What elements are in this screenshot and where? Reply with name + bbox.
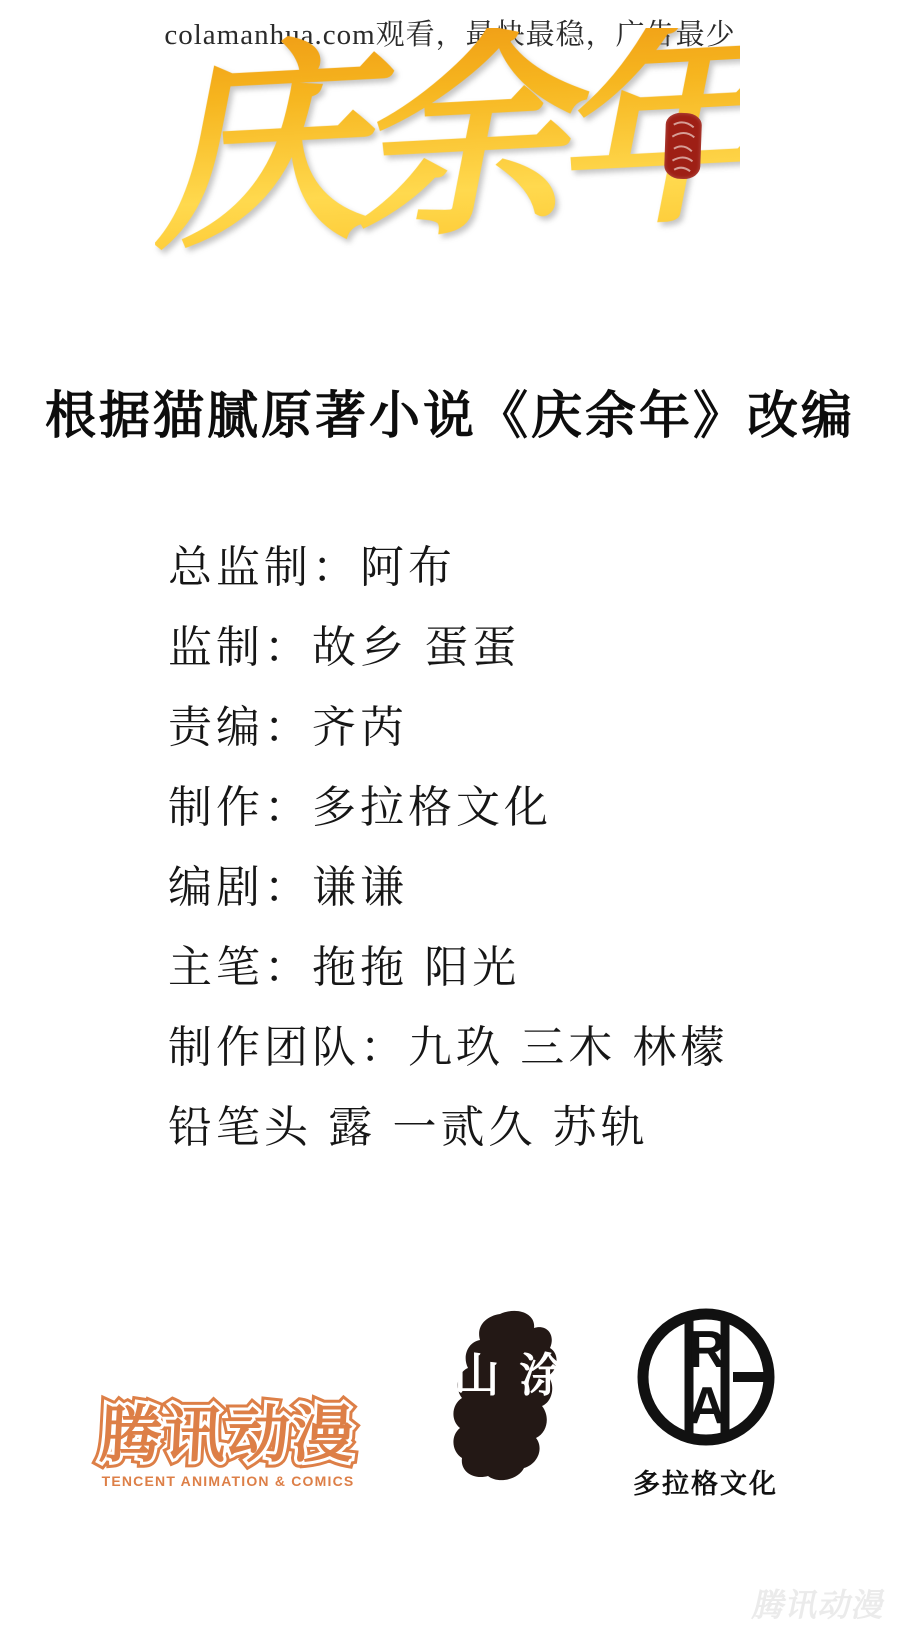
red-seal-stamp-icon [664, 112, 702, 179]
credit-chief-producer: 总监制：阿布 [168, 545, 728, 591]
comic-credits-page: colamanhua.com观看，最快最稳，广告最少 庆余年 根据猫腻原著小说《… [0, 0, 900, 1630]
credit-lead-artist: 主笔：拖拖 阳光 [168, 945, 728, 991]
drg-studio-logo: R A 多拉格文化 [628, 1305, 783, 1501]
tencent-logo-cn-icon: 腾讯动漫 腾讯动漫 腾讯动漫 [88, 1385, 368, 1471]
credit-team-continued: 铅笔头 露 一贰久 苏轨 [168, 1105, 728, 1151]
series-title-logo: 庆余年 [140, 28, 740, 313]
svg-text:R: R [688, 1321, 726, 1379]
credits-list: 总监制：阿布 监制：故乡 蛋蛋 责编：齐芮 制作：多拉格文化 编剧：谦谦 主笔：… [168, 545, 728, 1151]
credit-editor: 责编：齐芮 [168, 705, 728, 751]
tencent-logo-fill: 腾讯动漫 [86, 1385, 371, 1474]
tencent-watermark: 腾讯动漫 [749, 1580, 891, 1626]
svg-text:A: A [688, 1377, 726, 1435]
drg-logo-caption: 多拉格文化 [628, 1462, 783, 1501]
studio-logos: 腾讯动漫 腾讯动漫 腾讯动漫 TENCENT ANIMATION & COMIC… [0, 1290, 900, 1500]
drg-monogram-icon: R A [631, 1305, 781, 1453]
series-title-calligraphy: 庆余年 [144, 28, 740, 284]
credit-screenwriter: 编剧：谦谦 [168, 865, 728, 911]
credit-production: 制作：多拉格文化 [168, 785, 728, 831]
tushan-studio-logo: 涂山 [448, 1308, 563, 1483]
tushan-logo-text: 涂山 [440, 1350, 572, 1438]
tencent-animation-logo: 腾讯动漫 腾讯动漫 腾讯动漫 TENCENT ANIMATION & COMIC… [88, 1385, 368, 1489]
credit-team: 制作团队：九玖 三木 林檬 [168, 1025, 728, 1071]
adaptation-note: 根据猫腻原著小说《庆余年》改编 [0, 374, 900, 448]
credit-producer: 监制：故乡 蛋蛋 [168, 625, 728, 671]
tencent-logo-en-caption: TENCENT ANIMATION & COMICS [88, 1473, 368, 1489]
